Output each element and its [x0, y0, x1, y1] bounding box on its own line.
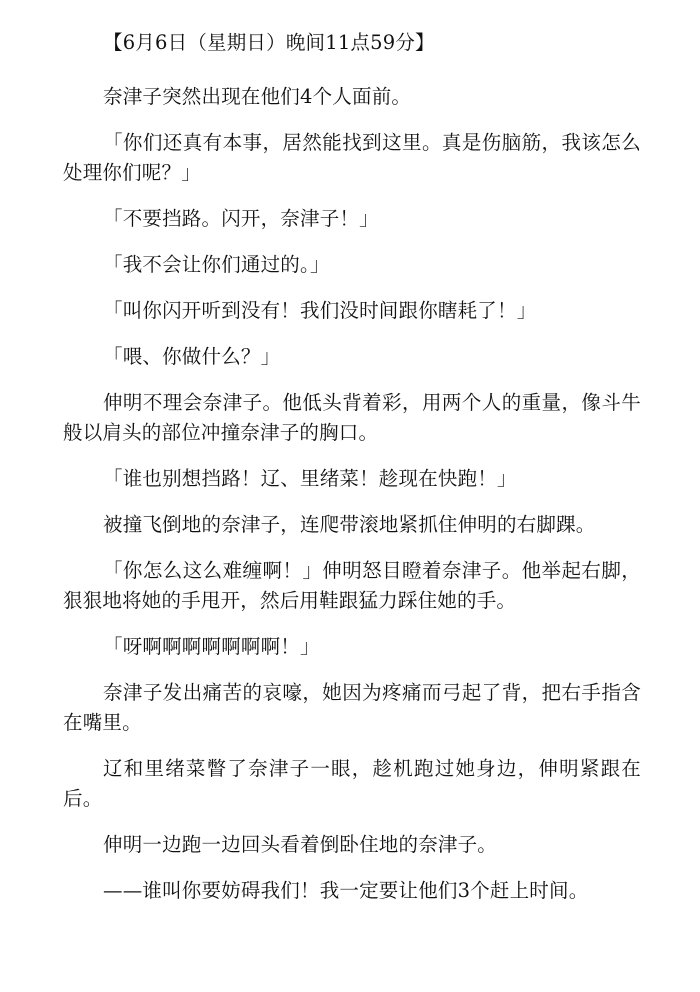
- paragraph-13: 辽和里绪菜瞥了奈津子一眼，趁机跑过她身边，伸明紧跟在后。: [63, 754, 641, 814]
- document-page: 【6月6日（星期日）晚间11点59分】 奈津子突然出现在他们4个人面前。 「你们…: [63, 28, 641, 922]
- paragraph-10: 「你怎么这么难缠啊！」伸明怒目瞪着奈津子。他举起右脚，狠狠地将她的手甩开，然后用…: [63, 556, 641, 616]
- paragraph-7: 伸明不理会奈津子。他低头背着彩，用两个人的重量，像斗牛般以肩头的部位冲撞奈津子的…: [63, 388, 641, 448]
- paragraph-3: 「不要挡路。闪开，奈津子！」: [63, 204, 641, 234]
- paragraph-6: 「喂、你做什么？」: [63, 342, 641, 372]
- paragraph-8: 「谁也别想挡路！辽、里绪菜！趁现在快跑！」: [63, 464, 641, 494]
- section-heading: 【6月6日（星期日）晚间11点59分】: [63, 28, 641, 58]
- paragraph-11: 「呀啊啊啊啊啊啊啊！」: [63, 632, 641, 662]
- paragraph-4: 「我不会让你们通过的。」: [63, 250, 641, 280]
- paragraph-2: 「你们还真有本事，居然能找到这里。真是伤脑筋，我该怎么处理你们呢？」: [63, 128, 641, 188]
- paragraph-9: 被撞飞倒地的奈津子，连爬带滚地紧抓住伸明的右脚踝。: [63, 510, 641, 540]
- paragraph-12: 奈津子发出痛苦的哀嚎，她因为疼痛而弓起了背，把右手指含在嘴里。: [63, 678, 641, 738]
- paragraph-15: ——谁叫你要妨碍我们！我一定要让他们3个赶上时间。: [63, 876, 641, 906]
- paragraph-1: 奈津子突然出现在他们4个人面前。: [63, 82, 641, 112]
- paragraph-14: 伸明一边跑一边回头看着倒卧住地的奈津子。: [63, 830, 641, 860]
- paragraph-5: 「叫你闪开听到没有！我们没时间跟你瞎耗了！」: [63, 296, 641, 326]
